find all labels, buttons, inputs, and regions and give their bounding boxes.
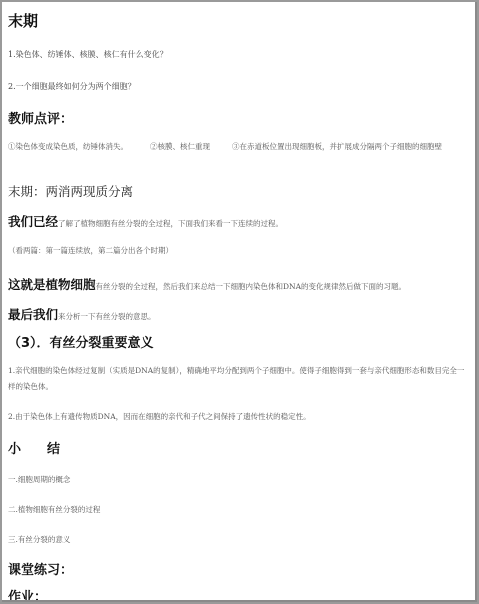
homework-heading: 作业：	[8, 586, 47, 602]
teacher-comment-heading: 教师点评：	[8, 108, 73, 127]
conclusion-item-1: 一.细胞周期的概念	[8, 474, 70, 485]
note-line: （看两篇：第一篇连续放，第二篇分出各个时期）	[8, 245, 173, 256]
paragraph-2-lead: 这就是植物细胞	[8, 277, 96, 292]
paragraph-3: 最后我们来分析一下有丝分裂的意思。	[8, 304, 156, 323]
comment-item-3: ③在赤道板位置出现细胞板，并扩展成分隔两个子细胞的细胞壁	[232, 142, 442, 151]
paragraph-3-lead: 最后我们	[8, 307, 58, 322]
paragraph-1: 我们已经了解了植物细胞有丝分裂的全过程，下面我们来看一下连续的过程。	[8, 211, 283, 230]
conclusion-item-3: 三.有丝分裂的意义	[8, 534, 70, 545]
question-2: 2.一个细胞最终如何分为两个细胞？	[8, 81, 136, 92]
significance-point-1: 1.亲代细胞的染色体经过复制（实质是DNA的复制），精确地平均分配到两个子细胞中…	[8, 363, 470, 395]
conclusion-heading: 小 结	[8, 438, 60, 457]
section-title: 末期	[8, 10, 38, 31]
paragraph-2: 这就是植物细胞有丝分裂的全过程，然后我们来总结一下细胞内染色体和DNA的变化规律…	[8, 274, 406, 293]
summary-line: 末期：两消两现质分离	[8, 182, 133, 200]
document-page: 末期 1.染色体、纺锤体、核膜、核仁有什么变化？ 2.一个细胞最终如何分为两个细…	[2, 2, 477, 602]
conclusion-item-2: 二.植物细胞有丝分裂的过程	[8, 504, 100, 515]
comment-item-2: ②核膜、核仁重现	[150, 142, 210, 151]
comment-item-1: ①染色体变成染色质，纺锤体消失。	[8, 142, 128, 151]
paragraph-1-lead: 我们已经	[8, 214, 58, 229]
paragraph-3-text: 来分析一下有丝分裂的意思。	[58, 312, 156, 321]
exercise-heading: 课堂练习：	[8, 559, 73, 578]
significance-point-2: 2.由于染色体上有遗传物质DNA，因而在细胞的亲代和子代之间保持了遗传性状的稳定…	[8, 409, 470, 425]
significance-heading: （3）．有丝分裂重要意义	[8, 332, 154, 351]
question-1: 1.染色体、纺锤体、核膜、核仁有什么变化？	[8, 49, 168, 60]
teacher-comment-items: ①染色体变成染色质，纺锤体消失。②核膜、核仁重现③在赤道板位置出现细胞板，并扩展…	[8, 139, 470, 155]
paragraph-2-text: 有丝分裂的全过程，然后我们来总结一下细胞内染色体和DNA的变化规律然后做下面的习…	[96, 282, 407, 291]
paragraph-1-text: 了解了植物细胞有丝分裂的全过程，下面我们来看一下连续的过程。	[58, 219, 283, 228]
